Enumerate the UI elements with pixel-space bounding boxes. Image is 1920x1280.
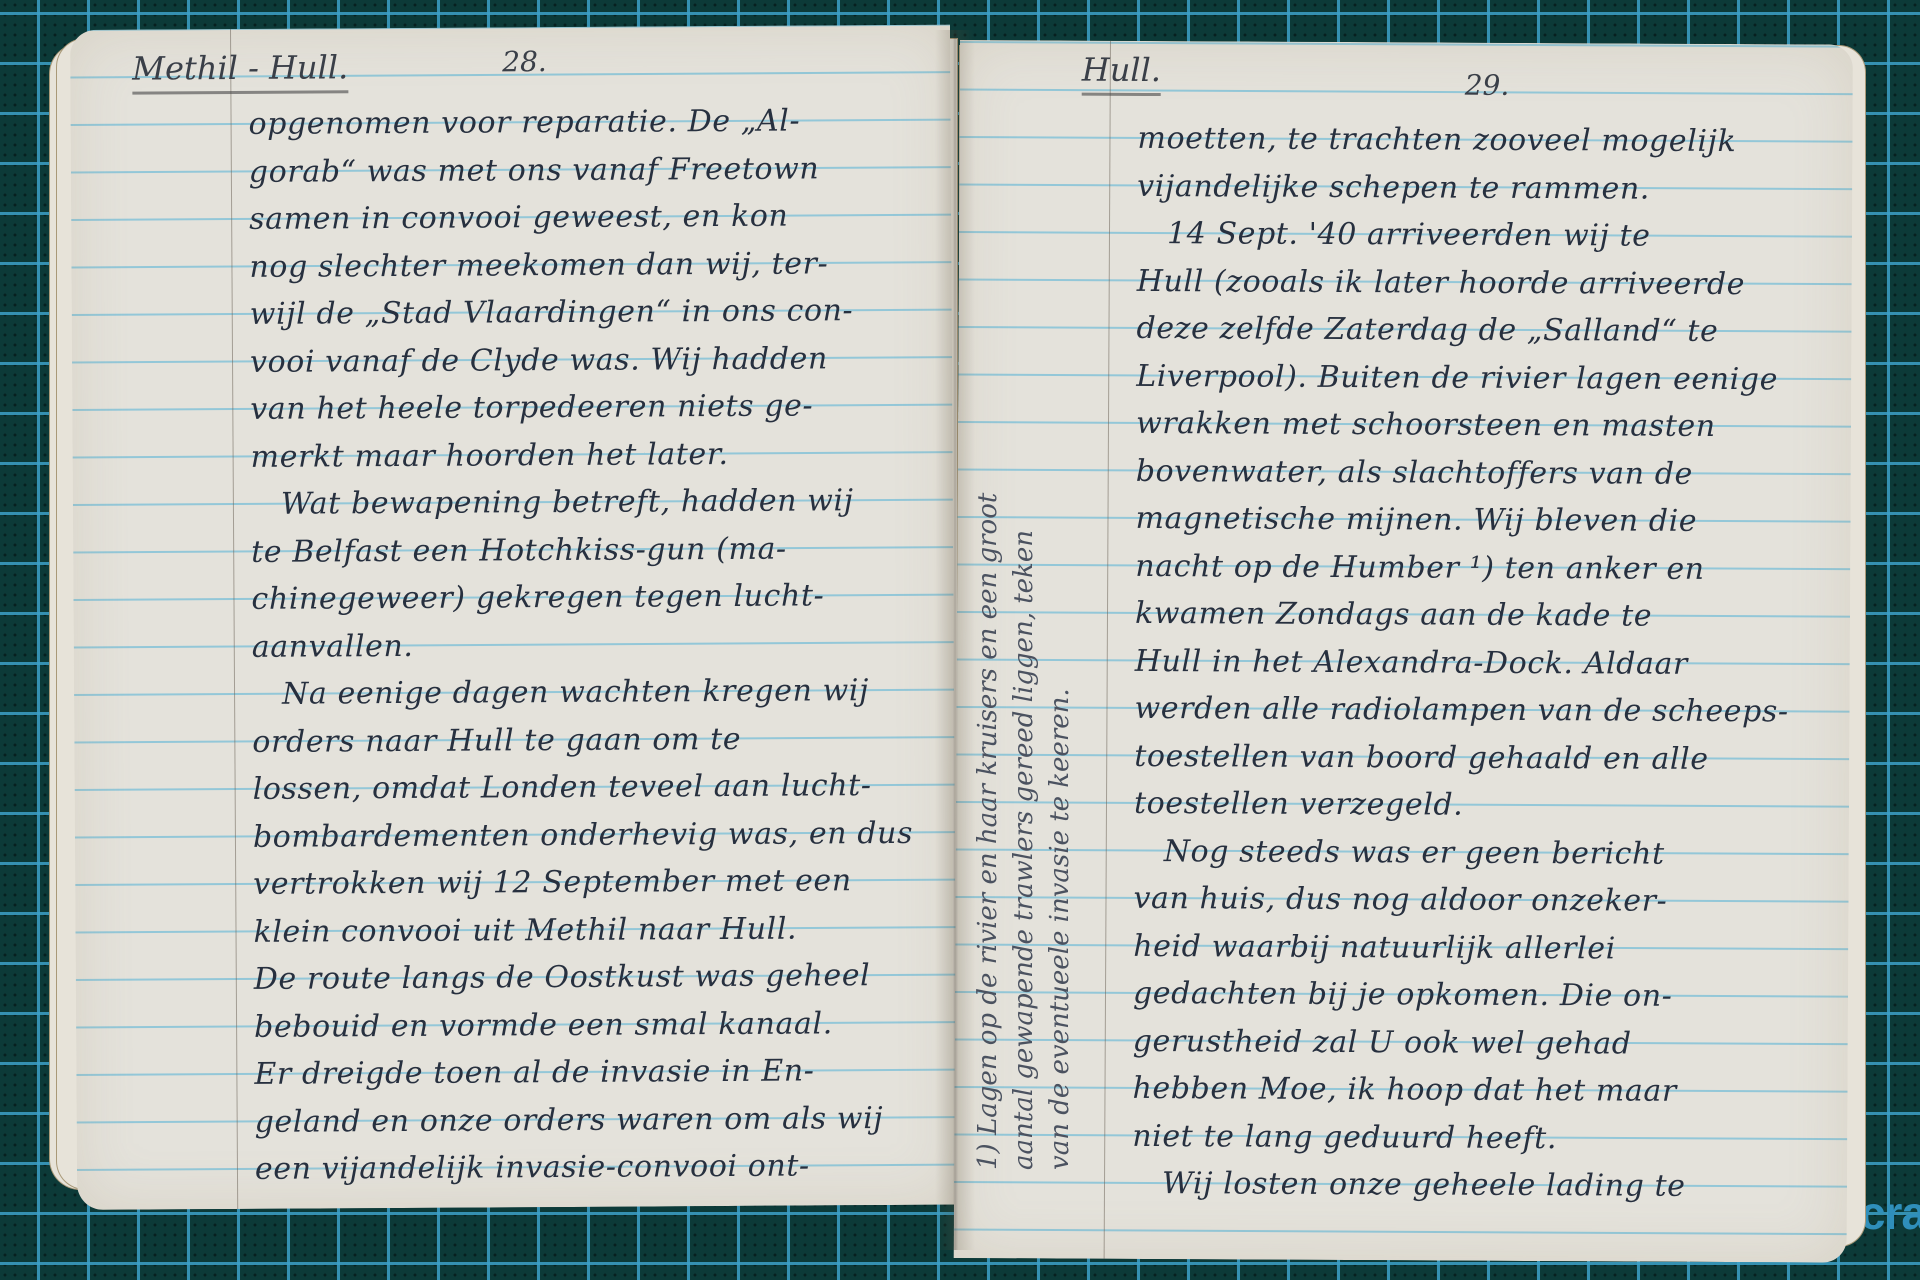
text-line: Na eenige dagen wachten kregen wij xyxy=(252,667,912,719)
text-line: aanvallen. xyxy=(252,619,912,671)
text-line: De route langs de Oostkust was geheel xyxy=(254,952,914,1004)
text-line-underlined: Hull (zooals ik later hoorde arriveerde xyxy=(1137,257,1791,308)
page-header-title: Hull. xyxy=(1082,51,1161,96)
page-header: Methil - Hull. xyxy=(132,48,348,94)
text-line: deze zelfde Zaterdag de „Salland“ te xyxy=(1136,305,1790,356)
text-line: gorab“ was met ons vanaf Freetown xyxy=(249,144,909,196)
cutting-mat-label: cra xyxy=(1860,1186,1920,1240)
text-line: toestellen verzegeld. xyxy=(1134,780,1788,831)
text-line: toestellen van boord gehaald en alle xyxy=(1134,732,1788,783)
text-line-underlined: 14 Sept. '40 arriveerden wij te xyxy=(1137,210,1791,261)
text-line: nog slechter meekomen dan wij, ter- xyxy=(249,239,909,291)
text-line: een vijandelijk invasie-convooi ont- xyxy=(255,1142,915,1194)
text-line: hebben Moe, ik hoop dat het maar xyxy=(1132,1065,1786,1116)
handwritten-text-block: opgenomen voor reparatie. De „Al- gorab“… xyxy=(248,97,915,1194)
text-line: bebouid en vormde een smal kanaal. xyxy=(254,999,914,1051)
footnote-line: aantal gewapende trawlers gereed liggen,… xyxy=(1006,90,1042,1170)
text-line-with-footnote-ref: nacht op de Humber ¹) ten anker en xyxy=(1135,542,1789,593)
text-line: magnetische mijnen. Wij bleven die xyxy=(1135,495,1789,546)
text-line: heid waarbij natuurlijk allerlei xyxy=(1133,922,1787,973)
text-line: Hull in het Alexandra-Dock. Aldaar xyxy=(1135,637,1789,688)
text-line: kwamen Zondags aan de kade te xyxy=(1135,590,1789,641)
text-line: vooi vanaf de Clyde was. Wij hadden xyxy=(250,334,910,386)
margin-rule xyxy=(230,29,238,1209)
text-line: geland en onze orders waren om als wij xyxy=(255,1094,915,1146)
text-line: samen in convooi geweest, en kon xyxy=(249,192,909,244)
text-line: van het heele torpedeeren niets ge- xyxy=(250,382,910,434)
text-line: Liverpool). Buiten de rivier lagen eenig… xyxy=(1136,352,1790,403)
text-line: opgenomen voor reparatie. De „Al- xyxy=(248,97,908,149)
margin-rule xyxy=(1104,41,1111,1259)
text-line: vijandelijke schepen te rammen. xyxy=(1137,162,1791,213)
page-number: 28. xyxy=(502,45,547,78)
text-line: wijl de „Stad Vlaardingen“ in ons con- xyxy=(250,287,910,339)
page-29: Hull. 29. moetten, te trachten zooveel m… xyxy=(954,40,1853,1263)
text-line: van huis, dus nog aldoor onzeker- xyxy=(1133,875,1787,926)
handwritten-text-block: moetten, te trachten zooveel mogelijk vi… xyxy=(1132,115,1792,1211)
text-line: werden alle radiolampen van de scheeps- xyxy=(1134,685,1788,736)
text-line: Er dreigde toen al de invasie in En- xyxy=(254,1047,914,1099)
page-28: Methil - Hull. 28. opgenomen voor repara… xyxy=(70,25,957,1210)
text-line-underlined: vertrokken wij 12 September met een xyxy=(253,857,913,909)
footnote-line: 1) Lagen op de rivier en haar kruisers e… xyxy=(970,90,1006,1170)
text-line: gerustheid zal U ook wel gehad xyxy=(1133,1017,1787,1068)
text-line: Wij losten onze geheele lading te xyxy=(1132,1160,1786,1211)
text-line: merkt maar hoorden het later. xyxy=(250,429,910,481)
margin-footnote: 1) Lagen op de rivier en haar kruisers e… xyxy=(970,90,1078,1170)
text-line: Wat bewapening betreft, hadden wij xyxy=(251,477,911,529)
text-line: bombardementen onderhevig was, en dus xyxy=(253,809,913,861)
text-line: gedachten bij je opkomen. Die on- xyxy=(1133,970,1787,1021)
text-line: Nog steeds was er geen bericht xyxy=(1134,827,1788,878)
text-line: chinegeweer) gekregen tegen lucht- xyxy=(251,572,911,624)
text-line: bovenwater, als slachtoffers van de xyxy=(1136,447,1790,498)
text-line: te Belfast een Hotchkiss-gun (ma- xyxy=(251,524,911,576)
page-header: Hull. xyxy=(1082,51,1161,96)
page-header-title: Methil - Hull. xyxy=(132,48,348,94)
text-line: lossen, omdat Londen teveel aan lucht- xyxy=(252,762,912,814)
footnote-line: van de eventueele invasie te keeren. xyxy=(1042,90,1078,1170)
text-line-underlined: klein convooi uit Methil naar Hull. xyxy=(253,904,913,956)
text-line: wrakken met schoorsteen en masten xyxy=(1136,400,1790,451)
page-number: 29. xyxy=(1465,69,1510,102)
text-line: orders naar Hull te gaan om te xyxy=(252,714,912,766)
text-line: niet te lang geduurd heeft. xyxy=(1132,1112,1786,1163)
text-line: moetten, te trachten zooveel mogelijk xyxy=(1137,115,1791,166)
